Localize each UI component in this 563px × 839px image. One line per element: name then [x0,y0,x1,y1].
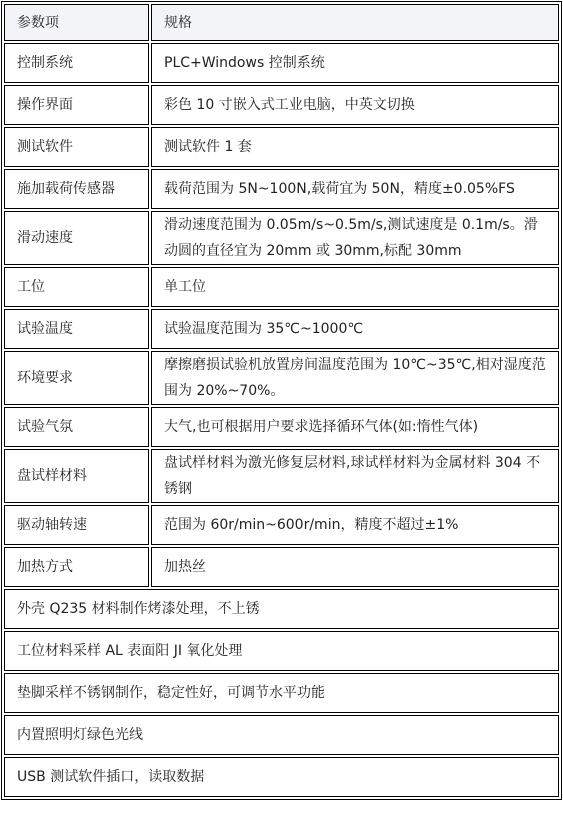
note-row: 工位材料采样 AL 表面阳 JI 氧化处理 [4,631,559,671]
note-cell: 外壳 Q235 材料制作烤漆处理，不上锈 [4,589,559,629]
spec-cell: 大气,也可根据用户要求选择循环气体(如:惰性气体) [151,407,559,447]
param-cell: 驱动轴转速 [4,505,149,545]
param-cell: 环境要求 [4,351,149,405]
param-cell: 控制系统 [4,43,149,83]
param-cell: 施加载荷传感器 [4,169,149,209]
note-cell: USB 测试软件插口，读取数据 [4,757,559,797]
table-row: 控制系统 PLC+Windows 控制系统 [4,43,559,83]
spec-cell: 盘试样材料为激光修复层材料,球试样材料为金属材料 304 不锈钢 [151,449,559,503]
header-param: 参数项 [4,4,149,41]
table-row: 盘试样材料 盘试样材料为激光修复层材料,球试样材料为金属材料 304 不锈钢 [4,449,559,503]
spec-cell: 载荷范围为 5N~100N,载荷宜为 50N，精度±0.05%FS [151,169,559,209]
note-cell: 工位材料采样 AL 表面阳 JI 氧化处理 [4,631,559,671]
param-cell: 工位 [4,267,149,307]
table-row: 施加载荷传感器 载荷范围为 5N~100N,载荷宜为 50N，精度±0.05%F… [4,169,559,209]
spec-cell: 单工位 [151,267,559,307]
spec-cell: 彩色 10 寸嵌入式工业电脑，中英文切换 [151,85,559,125]
note-row: USB 测试软件插口，读取数据 [4,757,559,797]
table-row: 操作界面 彩色 10 寸嵌入式工业电脑，中英文切换 [4,85,559,125]
spec-cell: 滑动速度范围为 0.05m/s~0.5m/s,测试速度是 0.1m/s。滑动圆的… [151,211,559,265]
table-row: 试验温度 试验温度范围为 35℃~1000℃ [4,309,559,349]
table-row: 环境要求 摩擦磨损试验机放置房间温度范围为 10℃~35℃,相对湿度范围为 20… [4,351,559,405]
param-cell: 试验气氛 [4,407,149,447]
table-header-row: 参数项 规格 [4,4,559,41]
note-cell: 垫脚采样不锈钢制作，稳定性好，可调节水平功能 [4,673,559,713]
table-row: 工位 单工位 [4,267,559,307]
param-cell: 加热方式 [4,547,149,587]
param-cell: 测试软件 [4,127,149,167]
spec-table: 参数项 规格 控制系统 PLC+Windows 控制系统 操作界面 彩色 10 … [1,1,562,800]
table-row: 测试软件 测试软件 1 套 [4,127,559,167]
note-cell: 内置照明灯绿色光线 [4,715,559,755]
table-row: 加热方式 加热丝 [4,547,559,587]
table-row: 滑动速度 滑动速度范围为 0.05m/s~0.5m/s,测试速度是 0.1m/s… [4,211,559,265]
spec-cell: 测试软件 1 套 [151,127,559,167]
table-row: 驱动轴转速 范围为 60r/min~600r/min，精度不超过±1% [4,505,559,545]
param-cell: 操作界面 [4,85,149,125]
note-row: 外壳 Q235 材料制作烤漆处理，不上锈 [4,589,559,629]
param-cell: 盘试样材料 [4,449,149,503]
param-cell: 试验温度 [4,309,149,349]
spec-cell: 试验温度范围为 35℃~1000℃ [151,309,559,349]
spec-cell: 加热丝 [151,547,559,587]
note-row: 垫脚采样不锈钢制作，稳定性好，可调节水平功能 [4,673,559,713]
note-row: 内置照明灯绿色光线 [4,715,559,755]
spec-cell: 范围为 60r/min~600r/min，精度不超过±1% [151,505,559,545]
header-spec: 规格 [151,4,559,41]
spec-cell: PLC+Windows 控制系统 [151,43,559,83]
spec-cell: 摩擦磨损试验机放置房间温度范围为 10℃~35℃,相对湿度范围为 20%~70%… [151,351,559,405]
table-row: 试验气氛 大气,也可根据用户要求选择循环气体(如:惰性气体) [4,407,559,447]
param-cell: 滑动速度 [4,211,149,265]
